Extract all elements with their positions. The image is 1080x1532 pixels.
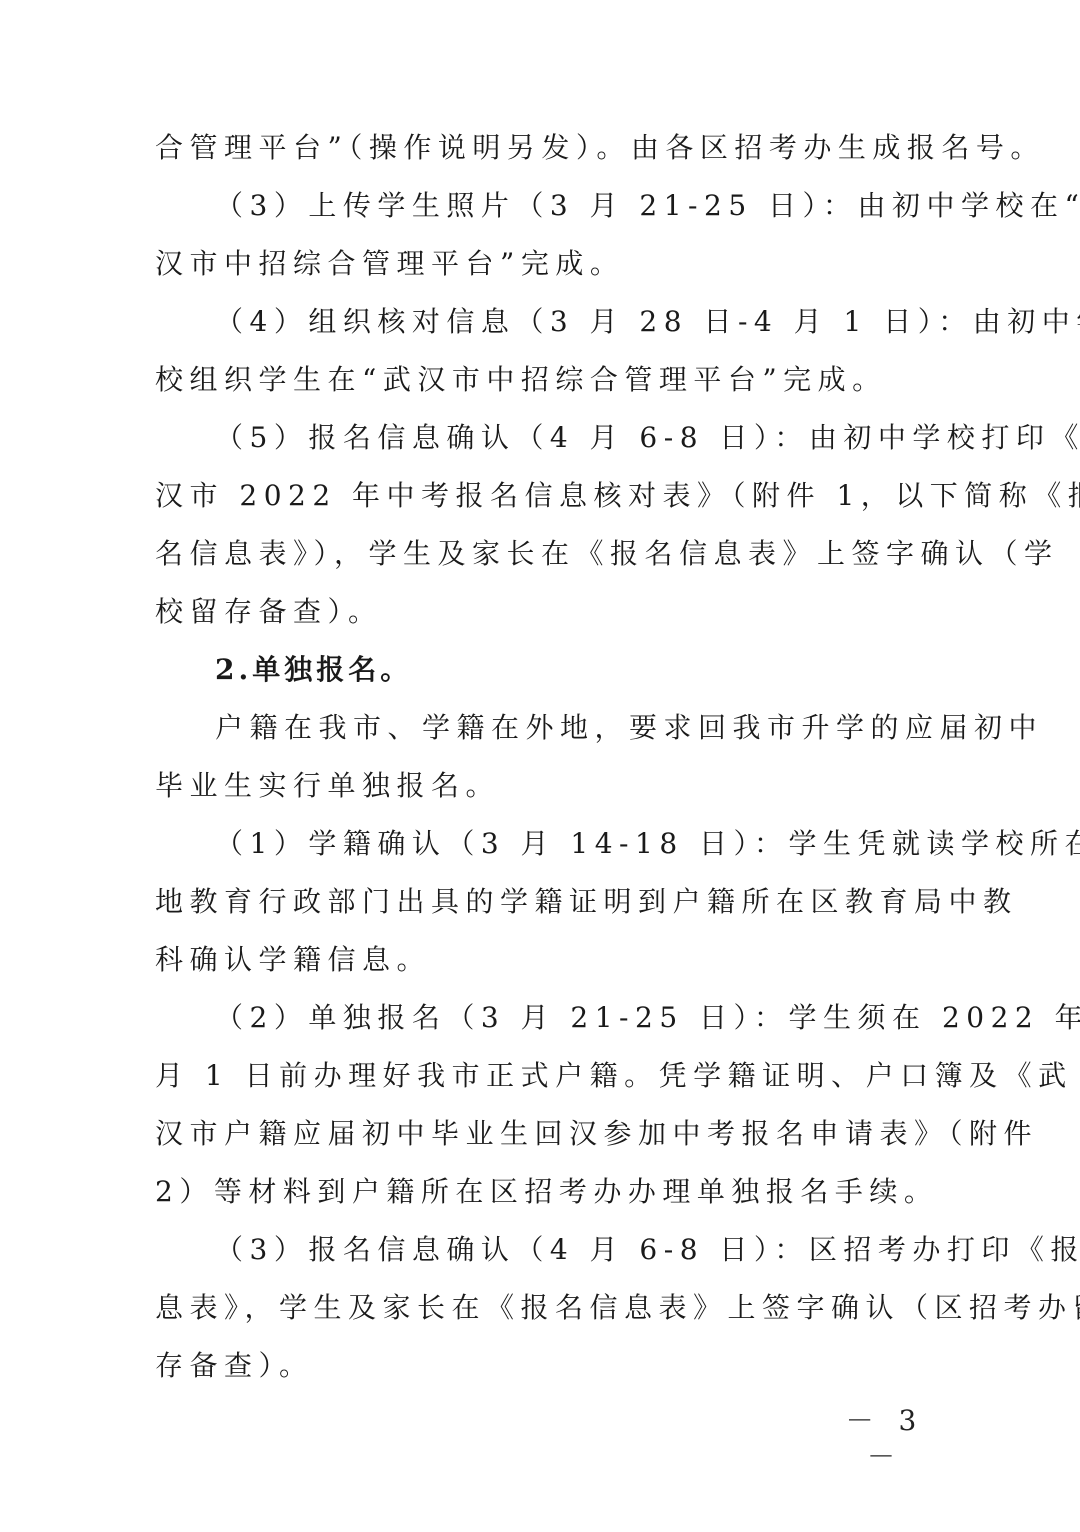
paragraph-eligibility-continuation: 毕业生实行单独报名。 — [155, 768, 915, 804]
substep-3-continuation-1: 息表》，学生及家长在《报名信息表》上签字确认（区招考办留 — [155, 1290, 915, 1326]
step-3-upload-photo: （3）上传学生照片（3 月 21-25 日）：由初中学校在“武 — [215, 188, 915, 224]
step-4-continuation: 校组织学生在“武汉市中招综合管理平台”完成。 — [155, 362, 915, 398]
step-5-continuation-1: 汉市 2022 年中考报名信息核对表》（附件 1，以下简称《报 — [155, 478, 915, 514]
step-5-confirm-info: （5）报名信息确认（4 月 6-8 日）：由初中学校打印《武 — [215, 420, 915, 456]
step-5-continuation-3: 校留存备查）。 — [155, 594, 915, 630]
substep-3-continuation-2: 存备查）。 — [155, 1348, 915, 1384]
step-3-continuation: 汉市中招综合管理平台”完成。 — [155, 246, 915, 282]
page-number: － 3 － — [840, 1403, 930, 1475]
substep-2-continuation-2: 汉市户籍应届初中毕业生回汉参加中考报名申请表》（附件 — [155, 1116, 915, 1152]
substep-1-status-confirm: （1）学籍确认（3 月 14-18 日）：学生凭就读学校所在 — [215, 826, 915, 862]
step-5-continuation-2: 名信息表》），学生及家长在《报名信息表》上签字确认（学 — [155, 536, 915, 572]
paragraph-eligibility: 户籍在我市、学籍在外地，要求回我市升学的应届初中 — [215, 710, 915, 746]
document-page: 合管理平台”（操作说明另发）。由各区招考办生成报名号。 （3）上传学生照片（3 … — [0, 0, 1080, 1532]
text-line-continuation: 合管理平台”（操作说明另发）。由各区招考办生成报名号。 — [155, 130, 915, 166]
step-4-verify-info: （4）组织核对信息（3 月 28 日-4 月 1 日）：由初中学 — [215, 304, 915, 340]
substep-1-continuation-2: 科确认学籍信息。 — [155, 942, 915, 978]
substep-2-individual-registration: （2）单独报名（3 月 21-25 日）：学生须在 2022 年 3 — [215, 1000, 915, 1036]
substep-2-continuation-1: 月 1 日前办理好我市正式户籍。凭学籍证明、户口簿及《武 — [155, 1058, 915, 1094]
substep-2-continuation-3: 2）等材料到户籍所在区招考办办理单独报名手续。 — [155, 1174, 915, 1210]
substep-1-continuation-1: 地教育行政部门出具的学籍证明到户籍所在区教育局中教 — [155, 884, 915, 920]
substep-3-confirm-info: （3）报名信息确认（4 月 6-8 日）：区招考办打印《报名信 — [215, 1232, 915, 1268]
section-heading-individual-registration: 2.单独报名。 — [215, 652, 915, 688]
